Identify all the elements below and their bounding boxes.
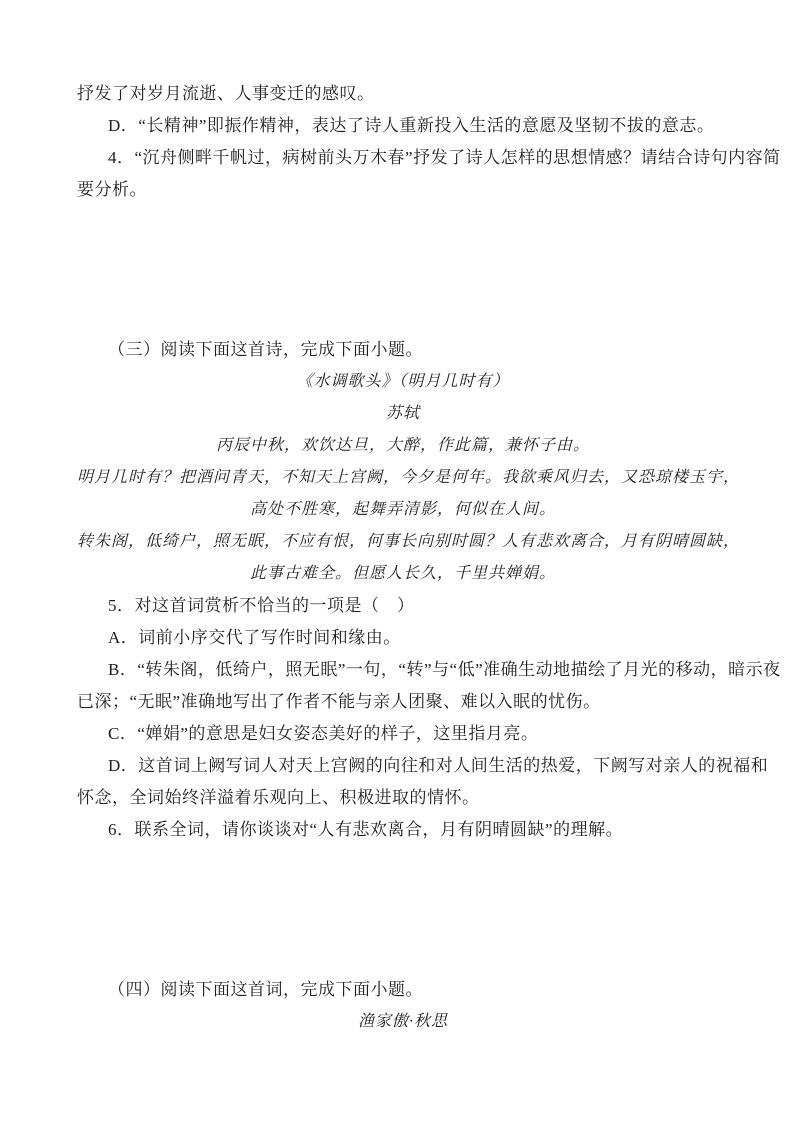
- question-5-option-d-line-1: D．这首词上阙写词人对天上宫阙的向往和对人间生活的热爱，下阙写对亲人的祝福和: [77, 750, 729, 782]
- question-5-option-b-line-1: B．“转朱阁，低绮户，照无眠”一句，“转”与“低”准确生动地描绘了月光的移动，暗…: [77, 654, 729, 686]
- question-4-line-2: 要分析。: [77, 174, 729, 206]
- answer-space-q6: [77, 846, 729, 974]
- question-4-line-1: 4．“沉舟侧畔千帆过，病树前头万木春”抒发了诗人怎样的思想情感？请结合诗句内容简: [77, 142, 729, 174]
- question-5-option-a: A．词前小序交代了写作时间和缘由。: [77, 622, 729, 654]
- poem-author-sushi: 苏轼: [77, 398, 729, 430]
- poem-line-2: 高处不胜寒，起舞弄清影，何似在人间。: [77, 494, 729, 526]
- poem-title-yujiaao: 渔家傲·秋思: [77, 1006, 729, 1038]
- question-5-stem: 5．对这首词赏析不恰当的一项是（ ）: [77, 590, 729, 622]
- document-page: 抒发了对岁月流逝、人事变迁的感叹。 D．“长精神”即振作精神，表达了诗人重新投入…: [0, 0, 793, 1122]
- question-6-stem: 6．联系全词，请你谈谈对“人有悲欢离合，月有阴晴圆缺”的理解。: [77, 814, 729, 846]
- prev-answer-tail-line: 抒发了对岁月流逝、人事变迁的感叹。: [77, 78, 729, 110]
- question-5-option-b-line-2: 已深；“无眠”准确地写出了作者不能与亲人团聚、难以入眠的忧伤。: [77, 686, 729, 718]
- question-5-option-d-line-2: 怀念，全词始终洋溢着乐观向上、积极进取的情怀。: [77, 782, 729, 814]
- poem-line-3: 转朱阁，低绮户，照无眠，不应有恨，何事长向别时圆？人有悲欢离合，月有阴晴圆缺，: [77, 526, 729, 558]
- section-3-heading: （三）阅读下面这首诗，完成下面小题。: [77, 334, 729, 366]
- page-content: 抒发了对岁月流逝、人事变迁的感叹。 D．“长精神”即振作精神，表达了诗人重新投入…: [77, 78, 729, 1038]
- poem-line-1: 明月几时有？把酒问青天，不知天上宫阙，今夕是何年。我欲乘风归去，又恐琼楼玉宇，: [77, 462, 729, 494]
- section-4-heading: （四）阅读下面这首词，完成下面小题。: [77, 974, 729, 1006]
- answer-space-q4: [77, 206, 729, 334]
- question-5-option-c: C．“婵娟”的意思是妇女姿态美好的样子，这里指月亮。: [77, 718, 729, 750]
- prev-option-d-line: D．“长精神”即振作精神，表达了诗人重新投入生活的意愿及坚韧不拔的意志。: [77, 110, 729, 142]
- poem-title-shuidiaogetou: 《水调歌头》（明月几时有）: [77, 366, 729, 398]
- poem-preface-line: 丙辰中秋，欢饮达旦，大醉，作此篇，兼怀子由。: [77, 430, 729, 462]
- poem-line-4: 此事古难全。但愿人长久，千里共婵娟。: [77, 558, 729, 590]
